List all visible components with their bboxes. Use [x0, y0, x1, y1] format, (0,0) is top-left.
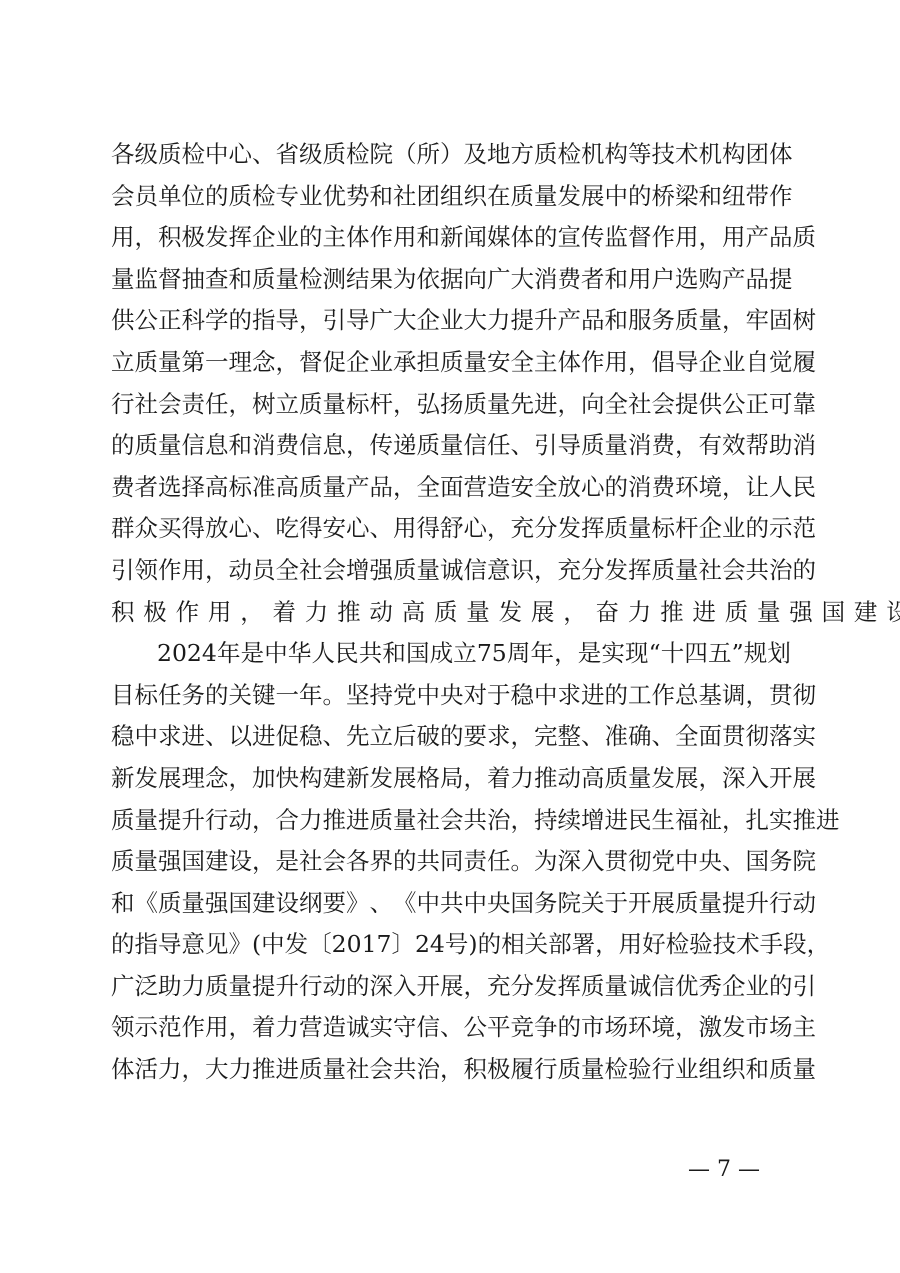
text-line: 的指导意见》(中发〔2017〕24号)的相关部署，用好检验技术手段，	[111, 924, 791, 966]
text-line: 立质量第一理念，督促企业承担质量安全主体作用，倡导企业自觉履	[111, 342, 791, 384]
text-line: 领示范作用，着力营造诚实守信、公平竞争的市场环境，激发市场主	[111, 1007, 791, 1049]
text-line: 广泛助力质量提升行动的深入开展，充分发挥质量诚信优秀企业的引	[111, 966, 791, 1008]
text-line: 行社会责任，树立质量标杆，弘扬质量先进，向全社会提供公正可靠	[111, 384, 791, 426]
text-line: 会员单位的质检专业优势和社团组织在质量发展中的桥梁和纽带作	[111, 176, 791, 218]
text-line: 群众买得放心、吃得安心、用得舒心，充分发挥质量标杆企业的示范	[111, 508, 791, 550]
text-line: 用，积极发挥企业的主体作用和新闻媒体的宣传监督作用，用产品质	[111, 217, 791, 259]
text-line-paragraph-start: 2024年是中华人民共和国成立75周年，是实现“十四五”规划	[111, 633, 791, 675]
text-line: 供公正科学的指导，引导广大企业大力提升产品和服务质量，牢固树	[111, 300, 791, 342]
document-page: 各级质检中心、省级质检院（所）及地方质检机构等技术机构团体 会员单位的质检专业优…	[0, 0, 900, 1273]
text-line: 引领作用，动员全社会增强质量诚信意识，充分发挥质量社会共治的	[111, 550, 791, 592]
page-number: — 7 —	[688, 1156, 760, 1184]
text-line: 体活力，大力推进质量社会共治，积极履行质量检验行业组织和质量	[111, 1049, 791, 1091]
body-text: 各级质检中心、省级质检院（所）及地方质检机构等技术机构团体 会员单位的质检专业优…	[111, 134, 791, 1091]
text-line: 量监督抽查和质量检测结果为依据向广大消费者和用户选购产品提	[111, 259, 791, 301]
text-line: 目标任务的关键一年。坚持党中央对于稳中求进的工作总基调，贯彻	[111, 675, 791, 717]
text-line: 质量提升行动，合力推进质量社会共治，持续增进民生福祉，扎实推进	[111, 800, 791, 842]
text-line: 各级质检中心、省级质检院（所）及地方质检机构等技术机构团体	[111, 134, 791, 176]
text-line-paragraph-end: 积极作用，着力推动高质量发展，奋力推进质量强国建设。	[111, 592, 791, 634]
text-line: 质量强国建设，是社会各界的共同责任。为深入贯彻党中央、国务院	[111, 841, 791, 883]
text-line: 费者选择高标准高质量产品，全面营造安全放心的消费环境，让人民	[111, 467, 791, 509]
text-line: 和《质量强国建设纲要》、《中共中央国务院关于开展质量提升行动	[111, 883, 791, 925]
text-line: 新发展理念，加快构建新发展格局，着力推动高质量发展，深入开展	[111, 758, 791, 800]
text-line: 稳中求进、以进促稳、先立后破的要求，完整、准确、全面贯彻落实	[111, 716, 791, 758]
text-line: 的质量信息和消费信息，传递质量信任、引导质量消费，有效帮助消	[111, 425, 791, 467]
